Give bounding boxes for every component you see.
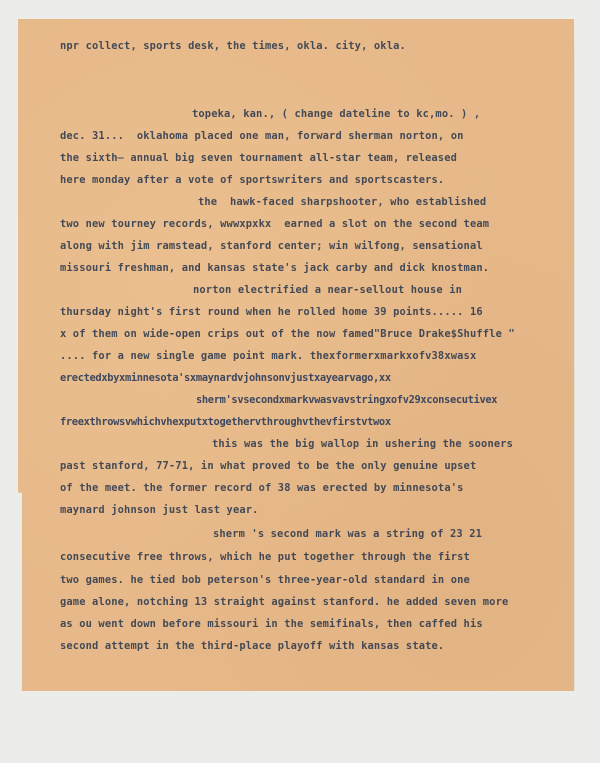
text-line: sherm 's second mark was a string of 23 … — [213, 528, 482, 540]
struck-line: freexthrowsvwhichvhexputxtogethervthroug… — [60, 416, 391, 428]
text-line: consecutive free throws, which he put to… — [60, 551, 470, 563]
text-line: as ou went down before missouri in the s… — [60, 618, 483, 630]
text-line: second attempt in the third-place playof… — [60, 640, 444, 652]
struck-line: erectedxbyxminnesota'sxmaynardvjohnsonvj… — [60, 372, 391, 384]
text-line: this was the big wallop in ushering the … — [212, 438, 513, 450]
text-line: thursday night's first round when he rol… — [60, 306, 483, 318]
text-line: along with jim ramstead, stanford center… — [60, 240, 483, 252]
text-line: topeka, kan., ( change dateline to kc,mo… — [192, 108, 480, 120]
text-line: x of them on wide-open crips out of the … — [60, 328, 515, 340]
text-line: past stanford, 77-71, in what proved to … — [60, 460, 476, 472]
text-line: the sixth̶ annual big seven tournament a… — [60, 152, 457, 164]
text-line: two new tourney records, wwwxpxkx earned… — [60, 218, 489, 230]
text-line: .... for a new single game point mark. t… — [60, 350, 476, 362]
text-line: of the meet. the former record of 38 was… — [60, 482, 464, 494]
text-line: the hawk-faced sharpshooter, who establi… — [198, 196, 486, 208]
struck-line: sherm'svsecondxmarkvwasvavstringxofv29xc… — [196, 394, 497, 406]
text-line: maynard johnson just last year. — [60, 504, 259, 516]
text-line: here monday after a vote of sportswriter… — [60, 174, 444, 186]
typewritten-page: npr collect, sports desk, the times, okl… — [18, 19, 574, 691]
text-line: missouri freshman, and kansas state's ja… — [60, 262, 489, 274]
text-line: dec. 31... oklahoma placed one man, forw… — [60, 130, 464, 142]
text-line: game alone, notching 13 straight against… — [60, 596, 508, 608]
header-line: npr collect, sports desk, the times, okl… — [60, 40, 406, 52]
text-line: norton electrified a near-sellout house … — [193, 284, 462, 296]
text-line: two games. he tied bob peterson's three-… — [60, 574, 470, 586]
